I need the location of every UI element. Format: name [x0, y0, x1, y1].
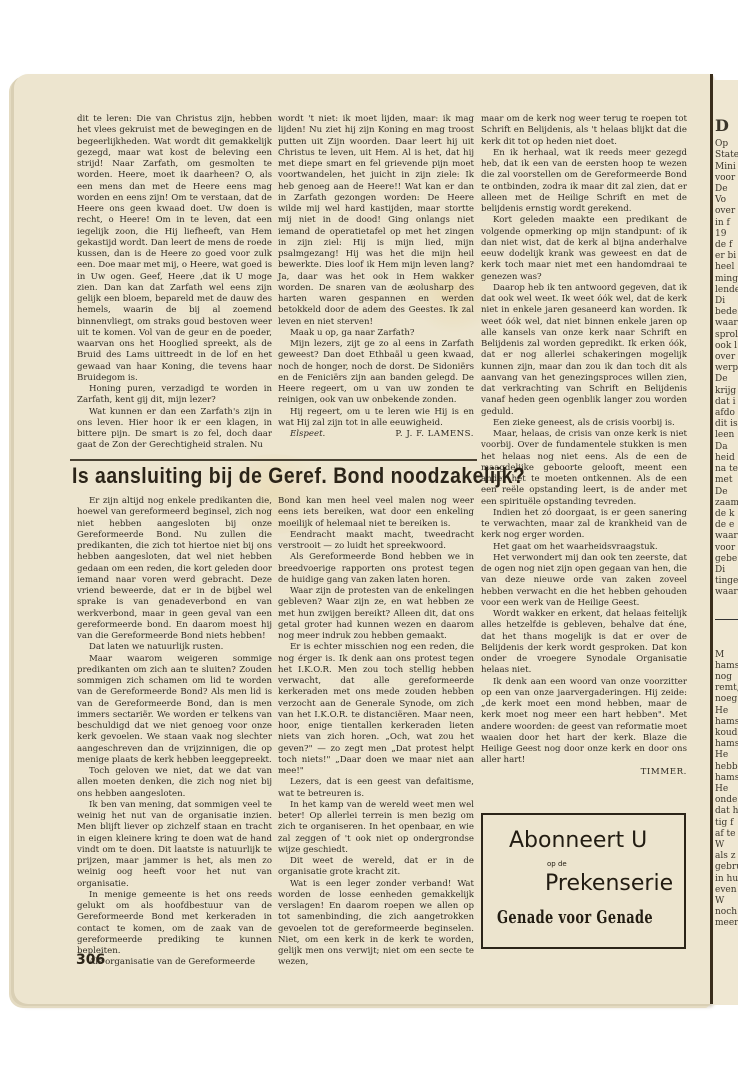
- signature-line: Elspeet. P. J. F. LAMENS.: [278, 429, 474, 440]
- next-page-line: noch: [715, 907, 738, 918]
- next-page-line: hams: [715, 661, 738, 672]
- divider: [715, 619, 738, 620]
- next-page-line: dat h: [715, 806, 738, 817]
- next-page-line: He: [715, 706, 738, 717]
- next-page-line: meer: [715, 918, 738, 929]
- next-page-line: met: [715, 475, 738, 486]
- next-page-line: Mini: [715, 162, 738, 173]
- article1-column-2: wordt 't niet: ik moet lijden, maar: ik …: [278, 114, 474, 440]
- next-page-line: De: [715, 374, 738, 385]
- next-page-line: Di: [715, 296, 738, 307]
- next-page-line: waar: [715, 587, 738, 598]
- ad-heading: Abonneert U: [509, 828, 647, 853]
- advertisement-box: Abonneert U op de Prekenserie Genade voo…: [481, 813, 686, 949]
- next-page-text-lower: Mhamsnogremt,noegHehamskoudhamsHehebbham…: [715, 650, 738, 930]
- next-page-line: Di: [715, 565, 738, 576]
- next-page-line: over: [715, 206, 738, 217]
- article1-column-1: dit te leren: Die van Christus zijn, heb…: [77, 114, 272, 452]
- next-page-line: af te: [715, 829, 738, 840]
- next-page-line: nog: [715, 672, 738, 683]
- ad-series-title: Genade voor Genade: [497, 907, 653, 928]
- next-page-line: even: [715, 885, 738, 896]
- next-page-line: over: [715, 352, 738, 363]
- next-page-line: heid: [715, 453, 738, 464]
- paragraph: Mijn lezers, zijt ge zo al eens in Zarfa…: [278, 339, 474, 407]
- paragraph: Wat is een leger zonder verband! Wat wor…: [278, 879, 474, 969]
- next-page-fragment: D OpStateMinivoorDeVooverin f19de fer bi…: [713, 80, 738, 1005]
- paragraph: Kort geleden maakte een predikant de vol…: [481, 215, 687, 283]
- paragraph: dit te leren: Die van Christus zijn, heb…: [77, 114, 272, 384]
- article2-column-2: Bond kan men heel veel malen nog weer ee…: [278, 496, 474, 969]
- paragraph: Toch geloven we niet, dat we dat van all…: [77, 766, 272, 800]
- signature-author: P. J. F. LAMENS.: [383, 429, 474, 440]
- paragraph: Honing puren, verzadigd te worden in Zar…: [77, 384, 272, 407]
- next-page-line: State: [715, 150, 738, 161]
- next-page-line: waar: [715, 531, 738, 542]
- next-page-line: gebe: [715, 554, 738, 565]
- next-page-line: lende: [715, 285, 738, 296]
- next-page-line: onde: [715, 795, 738, 806]
- paragraph: Dat laten we natuurlijk rusten.: [77, 642, 272, 653]
- paragraph: Er zijn altijd nog enkele predikanten di…: [77, 496, 272, 642]
- next-page-line: koud: [715, 728, 738, 739]
- paragraph: Het gaat om het waarheidsvraagstuk.: [481, 542, 687, 553]
- paragraph: Dit weet de wereld, dat er in de organis…: [278, 856, 474, 879]
- paragraph: Ik ben van mening, dat sommigen veel te …: [77, 800, 272, 890]
- next-page-line: remt,: [715, 683, 738, 694]
- paragraph: Het verwondert mij dan ook ten zeerste, …: [481, 553, 687, 609]
- next-page-line: de f: [715, 240, 738, 251]
- next-page-line: dit is: [715, 419, 738, 430]
- next-page-line: waar: [715, 318, 738, 329]
- next-page-line: tig f: [715, 818, 738, 829]
- next-page-line: He: [715, 784, 738, 795]
- next-page-line: Da: [715, 442, 738, 453]
- next-page-line: in f: [715, 218, 738, 229]
- next-page-line: voor: [715, 173, 738, 184]
- next-page-line: ook l: [715, 341, 738, 352]
- next-page-line: W: [715, 840, 738, 851]
- next-page-line: werp: [715, 363, 738, 374]
- next-page-line: zaam: [715, 498, 738, 509]
- next-page-line: 19: [715, 229, 738, 240]
- ad-series-name: Prekenserie: [545, 871, 673, 896]
- page-number: 306: [76, 952, 105, 968]
- paragraph: Eendracht maakt macht, tweedracht verstr…: [278, 530, 474, 553]
- paragraph: Maak u op, ga naar Zarfath?: [278, 328, 474, 339]
- next-page-line: He: [715, 750, 738, 761]
- next-page-text: OpStateMinivoorDeVooverin f19de fer bihe…: [715, 139, 738, 598]
- article2-column-3: maar om de kerk nog weer terug te roepen…: [481, 114, 687, 778]
- next-page-line: M: [715, 650, 738, 661]
- next-page-line: noeg: [715, 694, 738, 705]
- paragraph: wordt 't niet: ik moet lijden, maar: ik …: [278, 114, 474, 328]
- divider: [70, 459, 477, 461]
- next-page-line: bede: [715, 307, 738, 318]
- paragraph: Er is echter misschien nog een reden, di…: [278, 642, 474, 777]
- paragraph: En ik herhaal, wat ik reeds meer gezegd …: [481, 148, 687, 216]
- paragraph: Ik denk aan een woord van onze voorzitte…: [481, 677, 687, 767]
- next-page-line: er bi: [715, 251, 738, 262]
- next-page-line: hams: [715, 739, 738, 750]
- next-page-line: sprol: [715, 330, 738, 341]
- article-headline: Is aansluiting bij de Geref. Bond noodza…: [72, 463, 485, 493]
- next-page-line: heel: [715, 262, 738, 273]
- ad-connector: op de: [547, 860, 567, 868]
- signature-author: TIMMER.: [481, 767, 687, 778]
- next-page-line: de e: [715, 520, 738, 531]
- next-page-line: de k: [715, 509, 738, 520]
- article2-column-1: Er zijn altijd nog enkele predikanten di…: [77, 496, 272, 969]
- next-page-line: W: [715, 896, 738, 907]
- paragraph: Als organisatie van de Gereformeerde: [77, 957, 272, 968]
- next-page-line: na te: [715, 464, 738, 475]
- paragraph: Lezers, dat is een geest van defaitisme,…: [278, 777, 474, 800]
- paragraph: Als Gereformeerde Bond hebben we in bree…: [278, 552, 474, 586]
- next-page-line: De: [715, 184, 738, 195]
- next-page-line: in hu: [715, 874, 738, 885]
- paragraph: maar om de kerk nog weer terug te roepen…: [481, 114, 687, 148]
- paragraph: In menige gemeente is het ons reeds gelu…: [77, 890, 272, 958]
- paragraph: Wat kunnen er dan een Zarfath's zijn in …: [77, 407, 272, 452]
- paragraph: Maar waarom weigeren sommige predikanten…: [77, 654, 272, 767]
- next-page-line: ming: [715, 274, 738, 285]
- next-page-title: D: [715, 120, 738, 131]
- paragraph: Daarop heb ik ten antwoord gegeven, dat …: [481, 283, 687, 418]
- next-page-line: hams: [715, 773, 738, 784]
- next-page-line: De: [715, 487, 738, 498]
- next-page-line: Op: [715, 139, 738, 150]
- next-page-line: voor: [715, 543, 738, 554]
- next-page-line: leen: [715, 430, 738, 441]
- paragraph: In het kamp van de wereld weet men wel b…: [278, 800, 474, 856]
- paragraph: Indien het zó doorgaat, is er geen saner…: [481, 508, 687, 542]
- next-page-line: hebb: [715, 762, 738, 773]
- next-page-line: hams: [715, 717, 738, 728]
- next-page-line: dat i: [715, 397, 738, 408]
- next-page-line: afdo: [715, 408, 738, 419]
- next-page-line: als z: [715, 851, 738, 862]
- signature-place: Elspeet.: [278, 429, 325, 440]
- next-page-line: gebru: [715, 862, 738, 873]
- next-page-line: tinge: [715, 576, 738, 587]
- paragraph: Een zieke geneest, als de crisis voorbij…: [481, 418, 687, 429]
- next-page-line: krijg: [715, 386, 738, 397]
- paragraph: Hij regeert, om u te leren wie Hij is en…: [278, 407, 474, 430]
- paragraph: Bond kan men heel veel malen nog weer ee…: [278, 496, 474, 530]
- paragraph: Wordt wakker en erkent, dat helaas feite…: [481, 609, 687, 677]
- next-page-line: Vo: [715, 195, 738, 206]
- paragraph: Waar zijn de protesten van de enkelingen…: [278, 586, 474, 642]
